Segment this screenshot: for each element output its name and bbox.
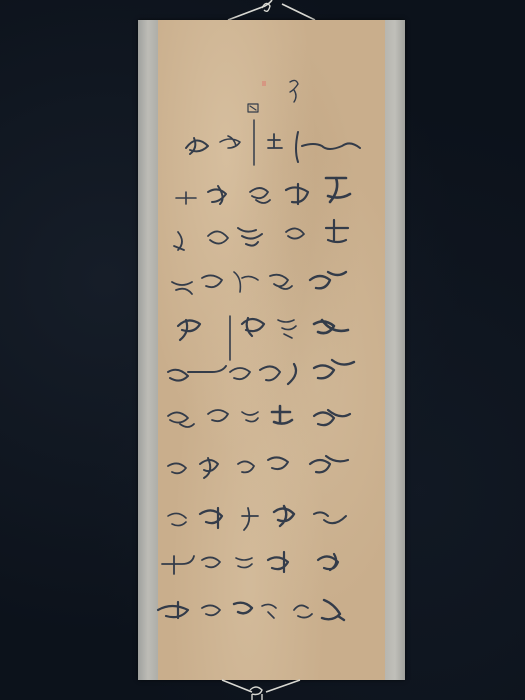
- hanging-scroll: [138, 20, 405, 680]
- calligraphy-text: [138, 20, 405, 680]
- bottom-hanging-string: [0, 670, 525, 700]
